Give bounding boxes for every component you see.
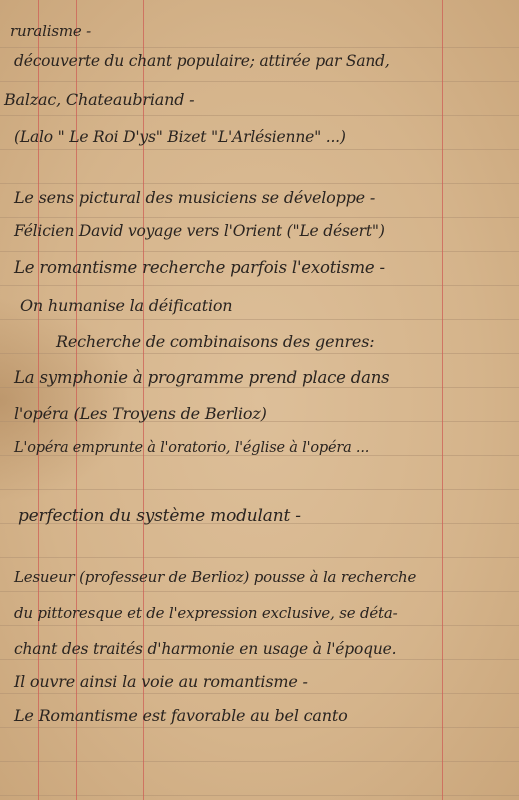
note-line: du pittoresque et de l'expression exclus… [14, 604, 398, 622]
note-line: chant des traités d'harmonie en usage à … [14, 640, 396, 658]
note-line: Le romantisme recherche parfois l'exotis… [14, 258, 385, 277]
note-line: La symphonie à programme prend place dan… [14, 368, 389, 387]
note-line: Lesueur (professeur de Berlioz) pousse à… [14, 568, 416, 586]
note-line: (Lalo " Le Roi D'ys" Bizet "L'Arlésienne… [14, 128, 346, 146]
note-line: ruralisme - [10, 22, 91, 40]
note-line: Recherche de combinaisons des genres: [56, 332, 374, 351]
note-line: Il ouvre ainsi la voie au romantisme - [14, 672, 308, 691]
note-line: L'opéra emprunte à l'oratorio, l'église … [14, 440, 369, 456]
note-line: Le sens pictural des musiciens se dévelo… [14, 188, 375, 207]
margin-line-4 [442, 0, 443, 800]
note-line: On humanise la déification [20, 296, 232, 315]
note-line: Le Romantisme est favorable au bel canto [14, 706, 348, 725]
note-line: Félicien David voyage vers l'Orient ("Le… [14, 222, 385, 240]
note-line: découverte du chant populaire; attirée p… [14, 52, 390, 70]
notebook-page: ruralisme - découverte du chant populair… [0, 0, 519, 800]
note-line: perfection du système modulant - [18, 506, 301, 526]
note-line: l'opéra (Les Troyens de Berlioz) [14, 404, 267, 423]
note-line: Balzac, Chateaubriand - [4, 90, 194, 109]
